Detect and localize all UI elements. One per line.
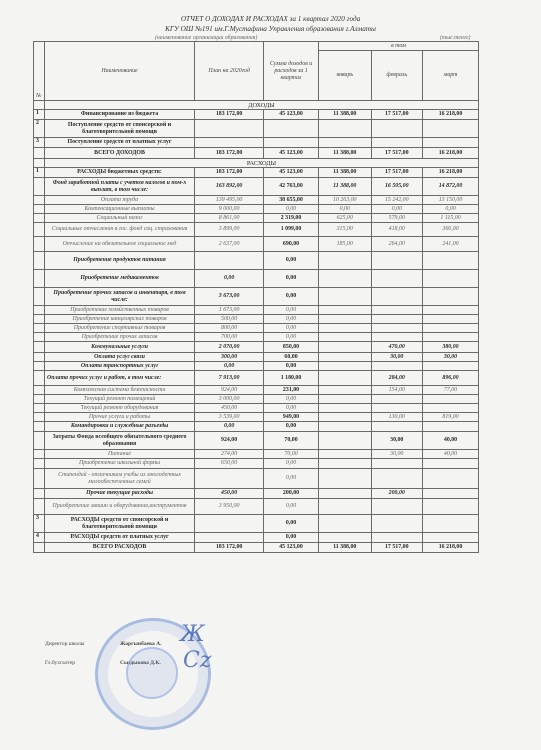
row-name: Приобретение машин и оборудования,инстру… — [44, 499, 194, 515]
row-feb: 154,00 — [371, 386, 423, 395]
row-sum: 0,00 — [264, 469, 319, 489]
table-row: Приобретение прочих запасов700,000,00 — [34, 333, 479, 342]
row-jan — [318, 533, 371, 543]
row-feb — [371, 499, 423, 515]
row-sum: 0,00 — [264, 459, 319, 469]
row-mar: 380,00 — [423, 342, 479, 353]
row-mar: 40,00 — [423, 450, 479, 459]
row-feb — [371, 362, 423, 371]
table-row: Питание274,0070,0030,0040,00 — [34, 450, 479, 459]
row-number — [34, 205, 45, 214]
row-sum: 0,00 — [264, 362, 319, 371]
row-number — [34, 371, 45, 386]
row-sum: 0,00 — [264, 205, 319, 214]
row-number — [34, 469, 45, 489]
row-feb — [371, 515, 423, 533]
director-label: Директор школы — [45, 641, 84, 647]
row-plan: 183 172,00 — [195, 168, 264, 178]
row-jan — [318, 371, 371, 386]
row-sum: 45 123,00 — [264, 168, 319, 178]
row-name: Прочие текущие расходы — [44, 489, 194, 499]
row-sum: 0,00 — [264, 333, 319, 342]
table-row: Коммунальные услуги2 070,00850,00470,003… — [34, 342, 479, 353]
table-row: Приобретение школьной формы650,000,00 — [34, 459, 479, 469]
row-sum: 70,00 — [264, 450, 319, 459]
row-mar — [423, 270, 479, 288]
row-sum: 200,00 — [264, 489, 319, 499]
row-name: Коммунальные услуги — [44, 342, 194, 353]
table-row: Стипендий - отличникам учебы из многодет… — [34, 469, 479, 489]
row-plan: 800,00 — [195, 324, 264, 333]
row-plan: 1 673,00 — [195, 306, 264, 315]
table-row: Фонд заработной платы с учетом налогов и… — [34, 178, 479, 196]
row-feb: 17 517,00 — [371, 543, 423, 553]
row-plan — [195, 252, 264, 270]
row-name: Приобретение школьной формы — [44, 459, 194, 469]
row-number — [34, 362, 45, 371]
row-plan: 3 950,00 — [195, 499, 264, 515]
row-jan — [318, 252, 371, 270]
row-name: Приобретение хозяйственных товаров — [44, 306, 194, 315]
row-name: Комплексная система безопасности — [44, 386, 194, 395]
row-jan — [318, 270, 371, 288]
row-number — [34, 148, 45, 159]
row-mar: 40,00 — [423, 432, 479, 450]
row-feb — [371, 252, 423, 270]
row-sum: 38 655,00 — [264, 196, 319, 205]
row-number: 3 — [34, 138, 45, 148]
row-mar — [423, 333, 479, 342]
row-mar — [423, 306, 479, 315]
accountant-signature-icon: Cz — [183, 648, 211, 673]
row-jan — [318, 120, 371, 138]
table-row: Оплата труда139 495,0038 655,0010 263,00… — [34, 196, 479, 205]
row-sum: 42 763,00 — [264, 178, 319, 196]
row-mar — [423, 252, 479, 270]
accountant-label: Гл.бухгалтер — [45, 660, 75, 666]
section-income-label: ДОХОДЫ — [44, 101, 478, 110]
row-number — [34, 178, 45, 196]
row-feb — [371, 120, 423, 138]
row-name: Поступление средств от платных услуг — [44, 138, 194, 148]
table-row: Приобретение продуктов питания0,00 — [34, 252, 479, 270]
row-feb — [371, 404, 423, 413]
row-name: Приобретение медикаментов — [44, 270, 194, 288]
row-jan — [318, 324, 371, 333]
table-row: Социальный налог8 861,002 319,00625,0057… — [34, 214, 479, 223]
row-plan: 3 673,00 — [195, 288, 264, 306]
row-jan: 315,00 — [318, 223, 371, 237]
row-plan: 450,00 — [195, 489, 264, 499]
row-mar — [423, 324, 479, 333]
row-plan: 2 070,00 — [195, 342, 264, 353]
row-feb — [371, 270, 423, 288]
row-number — [34, 214, 45, 223]
row-name: Социальный налог — [44, 214, 194, 223]
row-mar: 1 115,00 — [423, 214, 479, 223]
row-sum: 2 319,00 — [264, 214, 319, 223]
row-mar — [423, 469, 479, 489]
row-jan — [318, 489, 371, 499]
row-feb — [371, 422, 423, 432]
row-plan: 7 913,00 — [195, 371, 264, 386]
row-name: Поступление средств от спонсорской и бла… — [44, 120, 194, 138]
row-sum: 0,00 — [264, 533, 319, 543]
row-number — [34, 422, 45, 432]
row-mar: 16 218,00 — [423, 110, 479, 120]
row-jan — [318, 450, 371, 459]
row-name: Приобретение канцелярских товаров — [44, 315, 194, 324]
table-row: Приобретение хозяйственных товаров1 673,… — [34, 306, 479, 315]
row-feb — [371, 315, 423, 324]
row-sum: 45 123,00 — [264, 148, 319, 159]
row-name: Оплата прочих услуг и работ, в том числе… — [44, 371, 194, 386]
row-jan — [318, 459, 371, 469]
row-mar: 30,00 — [423, 353, 479, 362]
row-jan: 11 388,00 — [318, 110, 371, 120]
row-sum: 0,00 — [264, 288, 319, 306]
row-feb: 30,00 — [371, 450, 423, 459]
row-number — [34, 196, 45, 205]
row-plan: 924,00 — [195, 432, 264, 450]
row-jan: 10 263,00 — [318, 196, 371, 205]
row-jan: 625,00 — [318, 214, 371, 223]
row-mar: 366,00 — [423, 223, 479, 237]
table-row: 3Поступление средств от платных услуг — [34, 138, 479, 148]
table-row: Оплата прочих услуг и работ, в том числе… — [34, 371, 479, 386]
row-feb — [371, 469, 423, 489]
row-sum: 231,00 — [264, 386, 319, 395]
row-name: Текущий ремонт помещений — [44, 395, 194, 404]
row-sum: 1 099,00 — [264, 223, 319, 237]
row-jan: 11 388,00 — [318, 543, 371, 553]
row-jan: 185,00 — [318, 237, 371, 252]
row-mar: 77,00 — [423, 386, 479, 395]
col-sum-header: Сумма доходов и расходов за 1 квартал — [264, 42, 319, 101]
row-number — [34, 395, 45, 404]
row-mar — [423, 315, 479, 324]
row-jan — [318, 499, 371, 515]
row-jan — [318, 404, 371, 413]
row-plan: 183 172,00 — [195, 148, 264, 159]
row-feb: 17 517,00 — [371, 168, 423, 178]
table-row: Затраты Фонда всеобщего обязательного ср… — [34, 432, 479, 450]
row-feb — [371, 333, 423, 342]
row-plan — [195, 515, 264, 533]
row-name: РАСХОДЫ бюджетных средств: — [44, 168, 194, 178]
table-row: ВСЕГО ДОХОДОВ183 172,0045 123,0011 388,0… — [34, 148, 479, 159]
row-feb: 0,00 — [371, 205, 423, 214]
row-mar — [423, 395, 479, 404]
section-expense-row: РАСХОДЫ — [34, 159, 479, 168]
row-plan — [195, 138, 264, 148]
row-plan: 500,00 — [195, 315, 264, 324]
row-name: Приобретение продуктов питания — [44, 252, 194, 270]
table-row: Прочие услуги и работы3 539,00949,00130,… — [34, 413, 479, 422]
row-mar: 14 872,00 — [423, 178, 479, 196]
table-row: Командировки и служебные разъезды0,000,0… — [34, 422, 479, 432]
row-name: Компенсационные выплаты — [44, 205, 194, 214]
row-number — [34, 353, 45, 362]
row-mar — [423, 138, 479, 148]
row-feb — [371, 306, 423, 315]
row-mar — [423, 489, 479, 499]
row-number — [34, 237, 45, 252]
row-name: Отчисление на обязательное социальное ме… — [44, 237, 194, 252]
row-mar — [423, 459, 479, 469]
row-jan — [318, 333, 371, 342]
row-name: ВСЕГО ДОХОДОВ — [44, 148, 194, 159]
row-number — [34, 489, 45, 499]
row-sum: 70,00 — [264, 432, 319, 450]
row-plan: 183 172,00 — [195, 110, 264, 120]
row-mar — [423, 404, 479, 413]
row-number — [34, 499, 45, 515]
row-number — [34, 270, 45, 288]
row-mar: 16 218,00 — [423, 543, 479, 553]
row-mar: 241,00 — [423, 237, 479, 252]
row-plan: 183 172,00 — [195, 543, 264, 553]
row-mar — [423, 362, 479, 371]
row-number — [34, 450, 45, 459]
row-feb: 130,00 — [371, 413, 423, 422]
row-number: 3 — [34, 515, 45, 533]
row-sum: 0,00 — [264, 499, 319, 515]
row-feb: 418,00 — [371, 223, 423, 237]
table-row: 1РАСХОДЫ бюджетных средств:183 172,0045 … — [34, 168, 479, 178]
table-row: 2Поступление средств от спонсорской и бл… — [34, 120, 479, 138]
table-row: Приобретение канцелярских товаров500,000… — [34, 315, 479, 324]
table-row: 1Финансирование из бюджета183 172,0045 1… — [34, 110, 479, 120]
row-feb — [371, 288, 423, 306]
row-plan: 163 892,00 — [195, 178, 264, 196]
row-number — [34, 315, 45, 324]
row-feb — [371, 138, 423, 148]
row-feb: 30,00 — [371, 432, 423, 450]
row-feb: 200,00 — [371, 489, 423, 499]
row-number — [34, 333, 45, 342]
table-row: 3РАСХОДЫ средств от спонсорской и благот… — [34, 515, 479, 533]
table-row: Оплата услуг связи300,0060,0030,0030,00 — [34, 353, 479, 362]
row-jan — [318, 386, 371, 395]
row-jan — [318, 138, 371, 148]
report-title: ОТЧЕТ О ДОХОДАХ И РАСХОДАХ за 1 квартал … — [0, 15, 541, 23]
row-sum: 0,00 — [264, 252, 319, 270]
row-name: Прочие услуги и работы — [44, 413, 194, 422]
row-number: 2 — [34, 120, 45, 138]
row-jan: 0,00 — [318, 205, 371, 214]
table-row: Текущий ремонт помещений3 000,000,00 — [34, 395, 479, 404]
row-jan — [318, 413, 371, 422]
row-name: Текущий ремонт оборудования — [44, 404, 194, 413]
row-jan — [318, 422, 371, 432]
row-jan — [318, 342, 371, 353]
row-jan: 11 388,00 — [318, 178, 371, 196]
row-plan: 300,00 — [195, 353, 264, 362]
row-sum — [264, 138, 319, 148]
row-sum: 949,00 — [264, 413, 319, 422]
row-number: 1 — [34, 110, 45, 120]
row-name: Приобретение спортивных товаров — [44, 324, 194, 333]
row-number — [34, 324, 45, 333]
row-plan: 139 495,00 — [195, 196, 264, 205]
row-plan: 450,00 — [195, 404, 264, 413]
row-sum: 0,00 — [264, 515, 319, 533]
row-plan: 0,00 — [195, 422, 264, 432]
row-plan: 2 637,00 — [195, 237, 264, 252]
row-mar — [423, 120, 479, 138]
row-feb: 17 517,00 — [371, 148, 423, 159]
row-number: 4 — [34, 533, 45, 543]
row-name: Приобретение прочих запасов и инвентаря,… — [44, 288, 194, 306]
row-jan — [318, 306, 371, 315]
row-name: РАСХОДЫ средств от спонсорской и благотв… — [44, 515, 194, 533]
row-plan: 700,00 — [195, 333, 264, 342]
row-number — [34, 342, 45, 353]
row-sum: 60,00 — [264, 353, 319, 362]
row-plan: 3 000,00 — [195, 395, 264, 404]
row-name: Оплата труда — [44, 196, 194, 205]
row-jan — [318, 469, 371, 489]
row-feb — [371, 395, 423, 404]
table-row: Приобретение спортивных товаров800,000,0… — [34, 324, 479, 333]
row-plan: 3 899,00 — [195, 223, 264, 237]
report-table: № Наименование План на 2020год Сумма дох… — [33, 41, 479, 553]
row-name: Фонд заработной платы с учетом налогов и… — [44, 178, 194, 196]
row-feb: 17 517,00 — [371, 110, 423, 120]
row-plan — [195, 533, 264, 543]
col-mar-header: март — [423, 51, 479, 101]
row-mar: 896,00 — [423, 371, 479, 386]
row-number — [34, 413, 45, 422]
row-mar — [423, 533, 479, 543]
row-jan — [318, 362, 371, 371]
section-expense-label: РАСХОДЫ — [44, 159, 478, 168]
director-signature-icon: Ж — [180, 622, 205, 647]
row-name: Затраты Фонда всеобщего обязательного ср… — [44, 432, 194, 450]
table-row: Оплата транспортных услуг0,000,00 — [34, 362, 479, 371]
col-jan-header: январь — [318, 51, 371, 101]
row-sum: 690,00 — [264, 237, 319, 252]
row-mar — [423, 422, 479, 432]
row-number: 1 — [34, 168, 45, 178]
row-jan — [318, 515, 371, 533]
row-sum: 0,00 — [264, 306, 319, 315]
row-jan: 11 388,00 — [318, 168, 371, 178]
row-feb: 16 505,00 — [371, 178, 423, 196]
row-feb: 264,00 — [371, 237, 423, 252]
row-number — [34, 404, 45, 413]
row-number — [34, 288, 45, 306]
row-plan: 3 539,00 — [195, 413, 264, 422]
row-feb: 470,00 — [371, 342, 423, 353]
row-jan — [318, 432, 371, 450]
col-feb-header: февраль — [371, 51, 423, 101]
row-plan: 0,00 — [195, 270, 264, 288]
row-name: Приобретение прочих запасов — [44, 333, 194, 342]
row-jan — [318, 353, 371, 362]
row-plan: 274,00 — [195, 450, 264, 459]
row-feb: 284,00 — [371, 371, 423, 386]
row-sum: 0,00 — [264, 404, 319, 413]
row-feb: 15 242,00 — [371, 196, 423, 205]
row-jan: 11 388,00 — [318, 148, 371, 159]
row-number — [34, 432, 45, 450]
row-number — [34, 252, 45, 270]
row-sum: 45 123,00 — [264, 543, 319, 553]
row-sum: 45 123,00 — [264, 110, 319, 120]
row-feb — [371, 324, 423, 333]
row-plan: 9 000,00 — [195, 205, 264, 214]
row-mar: 13 150,00 — [423, 196, 479, 205]
row-sum: 0,00 — [264, 324, 319, 333]
row-sum: 850,00 — [264, 342, 319, 353]
row-name: Командировки и служебные разъезды — [44, 422, 194, 432]
row-sum: 0,00 — [264, 315, 319, 324]
row-mar — [423, 288, 479, 306]
row-plan: 650,00 — [195, 459, 264, 469]
col-plan-header: План на 2020год — [195, 42, 264, 101]
col-name-header: Наименование — [44, 42, 194, 101]
row-sum: 0,00 — [264, 422, 319, 432]
row-mar: 819,00 — [423, 413, 479, 422]
row-mar: 16 218,00 — [423, 168, 479, 178]
row-name: ВСЕГО РАСХОДОВ — [44, 543, 194, 553]
row-jan — [318, 315, 371, 324]
table-row: Прочие текущие расходы450,00200,00200,00 — [34, 489, 479, 499]
emblem-icon — [126, 647, 178, 699]
table-row: Приобретение медикаментов0,000,00 — [34, 270, 479, 288]
row-plan: 8 861,00 — [195, 214, 264, 223]
table-row: Компенсационные выплаты9 000,000,000,000… — [34, 205, 479, 214]
row-name: Оплата услуг связи — [44, 353, 194, 362]
row-number — [34, 223, 45, 237]
row-feb: 579,00 — [371, 214, 423, 223]
table-row: Отчисление на обязательное социальное ме… — [34, 237, 479, 252]
table-row: Приобретение машин и оборудования,инстру… — [34, 499, 479, 515]
row-feb — [371, 459, 423, 469]
row-name: Питание — [44, 450, 194, 459]
row-mar: 0,00 — [423, 205, 479, 214]
col-including-header: в том — [318, 42, 478, 51]
row-name: Оплата транспортных услуг — [44, 362, 194, 371]
row-number — [34, 306, 45, 315]
table-row: Текущий ремонт оборудования450,000,00 — [34, 404, 479, 413]
row-number — [34, 543, 45, 553]
section-income-row: ДОХОДЫ — [34, 101, 479, 110]
row-plan: 0,00 — [195, 362, 264, 371]
row-feb — [371, 533, 423, 543]
row-name: РАСХОДЫ средств от платных услуг — [44, 533, 194, 543]
row-name: Социальные отчисления в гос. фонд соц. с… — [44, 223, 194, 237]
row-sum: 1 180,00 — [264, 371, 319, 386]
table-row: Приобретение прочих запасов и инвентаря,… — [34, 288, 479, 306]
col-number-header: № — [34, 42, 45, 101]
row-number — [34, 386, 45, 395]
row-mar — [423, 499, 479, 515]
row-sum: 0,00 — [264, 270, 319, 288]
table-row: 4РАСХОДЫ средств от платных услуг0,00 — [34, 533, 479, 543]
row-sum — [264, 120, 319, 138]
table-row: ВСЕГО РАСХОДОВ183 172,0045 123,0011 388,… — [34, 543, 479, 553]
row-jan — [318, 288, 371, 306]
table-row: Комплексная система безопасности924,0023… — [34, 386, 479, 395]
row-name: Финансирование из бюджета — [44, 110, 194, 120]
row-plan — [195, 469, 264, 489]
row-feb: 30,00 — [371, 353, 423, 362]
row-plan — [195, 120, 264, 138]
row-mar — [423, 515, 479, 533]
